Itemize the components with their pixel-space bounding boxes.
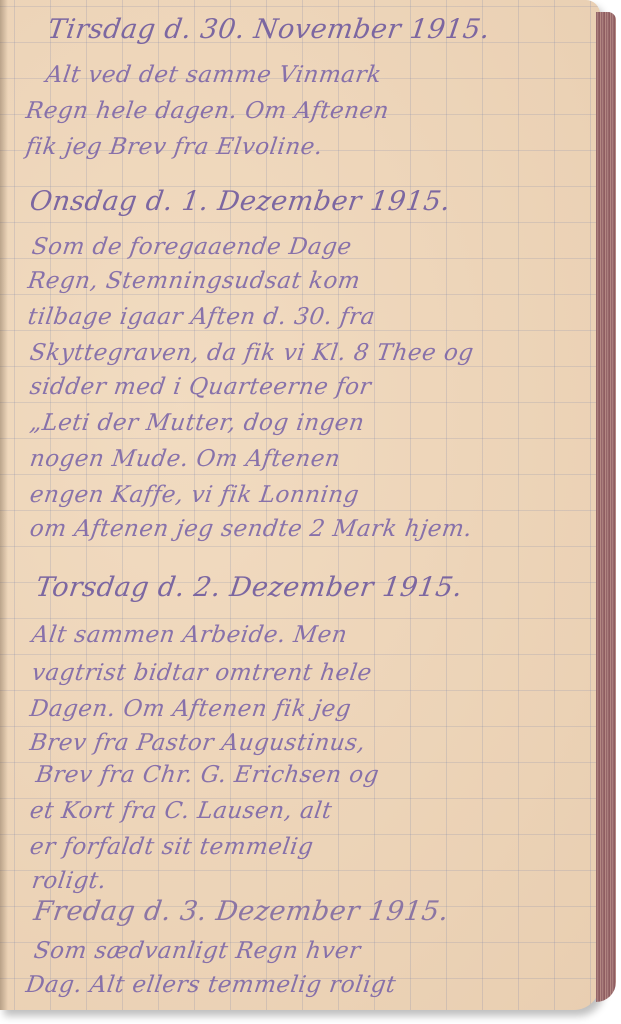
entry-line: sidder med i Quarteerne for: [28, 374, 373, 400]
entry-line: et Kort fra C. Lausen, alt: [28, 798, 334, 824]
entry-line: Regn hele dagen. Om Aftenen: [24, 98, 391, 124]
entry-line: engen Kaffe, vi fik Lonning: [28, 482, 361, 508]
entry-line: Regn, Stemningsudsat kom: [26, 268, 362, 294]
entry-line: om Aftenen jeg sendte 2 Mark hjem.: [28, 516, 474, 542]
entry-heading: Fredag d. 3. Dezember 1915.: [32, 896, 451, 927]
entry-line: roligt.: [30, 868, 108, 894]
entry-line: Dag. Alt ellers temmelig roligt: [24, 972, 398, 998]
entry-line: nogen Mude. Om Aftenen: [28, 446, 342, 472]
entry-line: er forfaldt sit temmelig: [28, 834, 315, 860]
entry-line: fik jeg Brev fra Elvoline.: [24, 134, 324, 160]
entry-line: Som de foregaaende Dage: [30, 234, 353, 260]
entry-line: Alt sammen Arbeide. Men: [30, 622, 349, 648]
entry-line: Brev fra Chr. G. Erichsen og: [34, 762, 381, 788]
entry-line: Som sædvanligt Regn hver: [32, 938, 362, 964]
entry-line: tilbage igaar Aften d. 30. fra: [26, 304, 377, 330]
entry-line: Alt ved det samme Vinmark: [44, 62, 383, 88]
entry-line: Dagen. Om Aftenen fik jeg: [28, 696, 353, 722]
page-edges: [596, 12, 616, 1002]
entry-line: vagtrist bidtar omtrent hele: [30, 660, 373, 686]
diary-page: Tirsdag d. 30. November 1915. Alt ved de…: [0, 0, 600, 1010]
entry-line: „Leti der Mutter, dog ingen: [28, 410, 366, 436]
entry-heading: Tirsdag d. 30. November 1915.: [46, 14, 492, 45]
entry-heading: Torsdag d. 2. Dezember 1915.: [34, 572, 465, 603]
entry-heading: Onsdag d. 1. Dezember 1915.: [28, 186, 453, 217]
entry-line: Brev fra Pastor Augustinus,: [28, 730, 367, 756]
entry-line: Skyttegraven, da fik vi Kl. 8 Thee og: [28, 340, 475, 366]
binding-shadow: [0, 0, 8, 1010]
